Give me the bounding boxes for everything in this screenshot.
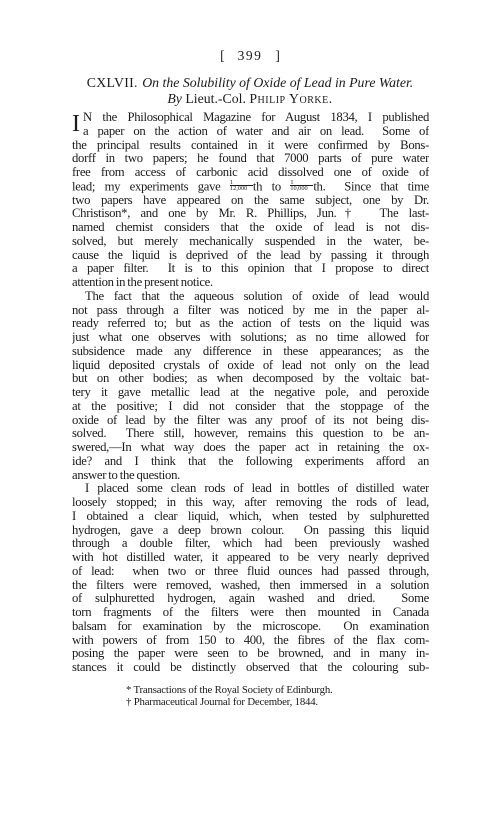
page-number: 399 [238, 48, 263, 63]
article-number: CXLVII. [87, 75, 138, 90]
body-line: ready referred to; but as the action of … [72, 317, 429, 331]
body-line: named chemist considers that the oxide o… [72, 221, 429, 235]
fraction-denominator: 12,000 [230, 185, 253, 193]
author-rank: Lieut.-Col. [185, 91, 246, 106]
body-line: swered,—In what way does the paper act i… [72, 441, 429, 455]
body-line: but on other bodies; as when decomposed … [72, 372, 429, 386]
paragraph: The fact that the aqueous solution of ox… [72, 290, 429, 483]
body-line: of lead: when two or three fluid ounces … [72, 565, 429, 579]
body-line: tery it gave metallic lead at the negati… [72, 386, 429, 400]
body-line: a paper on the action of water and air o… [83, 125, 429, 139]
body-line: I placed some clean rods of lead in bott… [72, 482, 429, 496]
article-title-block: CXLVII. On the Solubility of Oxide of Le… [70, 75, 430, 106]
body-line: two papers have appeared on the same sub… [72, 194, 429, 208]
body-line: free from access of carbonic acid dissol… [72, 166, 429, 180]
body-line: The fact that the aqueous solution of ox… [72, 290, 429, 304]
body-line: with powers of from 150 to 400, the fibr… [72, 634, 429, 648]
byline: By Lieut.-Col. Philip Yorke. [70, 91, 430, 107]
bracket-left: [ [220, 48, 225, 63]
fraction-denominator: 10,000 [290, 185, 313, 193]
article-body: IN the Philosophical Magazine for August… [72, 111, 429, 709]
body-line: loosely stopped; in this way, after remo… [72, 496, 429, 510]
body-line: I obtained a clear liquid, which, when t… [72, 510, 429, 524]
body-line: hydrogen, gave a deep brown colour. On p… [72, 524, 429, 538]
page-number-header: [399] [0, 48, 500, 64]
body-line: dorff in two papers; he found that 7000 … [72, 152, 429, 166]
body-line: the principal results contained in it we… [72, 139, 429, 153]
author-name: Philip Yorke. [249, 91, 332, 106]
body-line: with hot distilled water, it appeared to… [72, 551, 429, 565]
byline-by-word: By [167, 91, 182, 106]
body-line: through a double filter, which had been … [72, 537, 429, 551]
body-line: stances it could be distinctly observed … [72, 661, 429, 675]
fraction: 112,000 [230, 180, 253, 193]
drop-cap: I [72, 112, 80, 138]
body-line: Christison*, and one by Mr. R. Phillips,… [72, 207, 429, 221]
footnotes: * Transactions of the Royal Society of E… [72, 684, 429, 709]
paragraph: IN the Philosophical Magazine for August… [72, 111, 429, 290]
body-line: cause the liquid is deprived of the lead… [72, 249, 429, 263]
body-line: answer to the question. [72, 469, 429, 483]
footnote: * Transactions of the Royal Society of E… [126, 684, 429, 697]
body-line: liquid deposited crystals of oxide of le… [72, 359, 429, 373]
article-title-text: On the Solubility of Oxide of Lead in Pu… [142, 75, 413, 90]
body-line: subsidence made any difference in these … [72, 345, 429, 359]
body-line: not pass through a filter was noticed by… [72, 304, 429, 318]
body-line: attention in the present notice. [72, 276, 429, 290]
body-line: at the positive; I did not consider that… [72, 400, 429, 414]
body-line: torn fragments of the filters were then … [72, 606, 429, 620]
body-line: N the Philosophical Magazine for August … [83, 111, 429, 125]
body-line: oxide of lead by the filter was any proo… [72, 414, 429, 428]
body-line: the filters were removed, washed, then i… [72, 579, 429, 593]
body-line: a paper filter. It is to this opinion th… [72, 262, 429, 276]
article-title: CXLVII. On the Solubility of Oxide of Le… [70, 75, 430, 91]
bracket-right: ] [275, 48, 280, 63]
body-line: of sulphuretted hydrogen, again washed a… [72, 592, 429, 606]
body-line: ide? and I think that the following expe… [72, 455, 429, 469]
footnote: † Pharmaceutical Journal for December, 1… [126, 696, 429, 709]
body-line: solved, but merely mechanically suspende… [72, 235, 429, 249]
fraction: 110,000 [290, 180, 313, 193]
body-line: lead; my experiments gave 112,000th to 1… [72, 180, 429, 194]
body-line: solved. There still, however, remains th… [72, 427, 429, 441]
body-line: just what one observes with solutions; a… [72, 331, 429, 345]
journal-page: [399] CXLVII. On the Solubility of Oxide… [0, 0, 500, 833]
body-line: posing the paper were seen to be browned… [72, 647, 429, 661]
paragraph: I placed some clean rods of lead in bott… [72, 482, 429, 675]
body-line: balsam for examination by the microscope… [72, 620, 429, 634]
